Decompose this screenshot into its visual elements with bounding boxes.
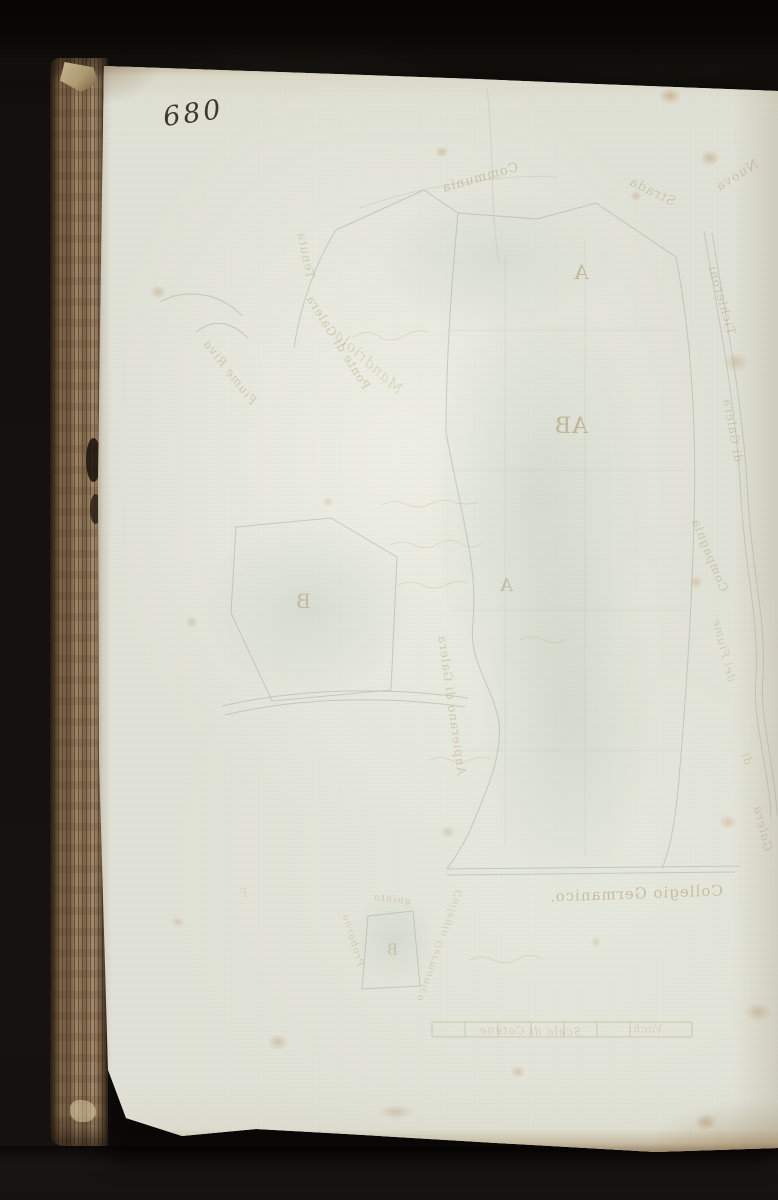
river-lines <box>704 231 777 818</box>
photographed-book-scan: CommuniaStradaNuovaTenutaFiume RivaPonte… <box>0 0 778 1200</box>
parcel-boundaries <box>222 177 740 989</box>
bleedthrough-label: B <box>386 943 398 958</box>
bleedthrough-label: Scala di Catene <box>479 1025 582 1038</box>
map-bleedthrough-linework <box>0 0 778 1200</box>
bleedthrough-label: AB <box>554 416 588 438</box>
bleedthrough-label: A <box>499 577 513 595</box>
pencil-sketch-smudge <box>160 294 248 338</box>
bleedthrough-label: A <box>573 262 588 282</box>
parcel-grid-hairlines <box>448 240 688 855</box>
bleedthrough-label: Vach. <box>627 1023 662 1035</box>
bleedthrough-label: di <box>740 751 754 766</box>
bleedthrough-label: F <box>238 887 247 899</box>
bleedthrough-label: B <box>295 591 311 611</box>
